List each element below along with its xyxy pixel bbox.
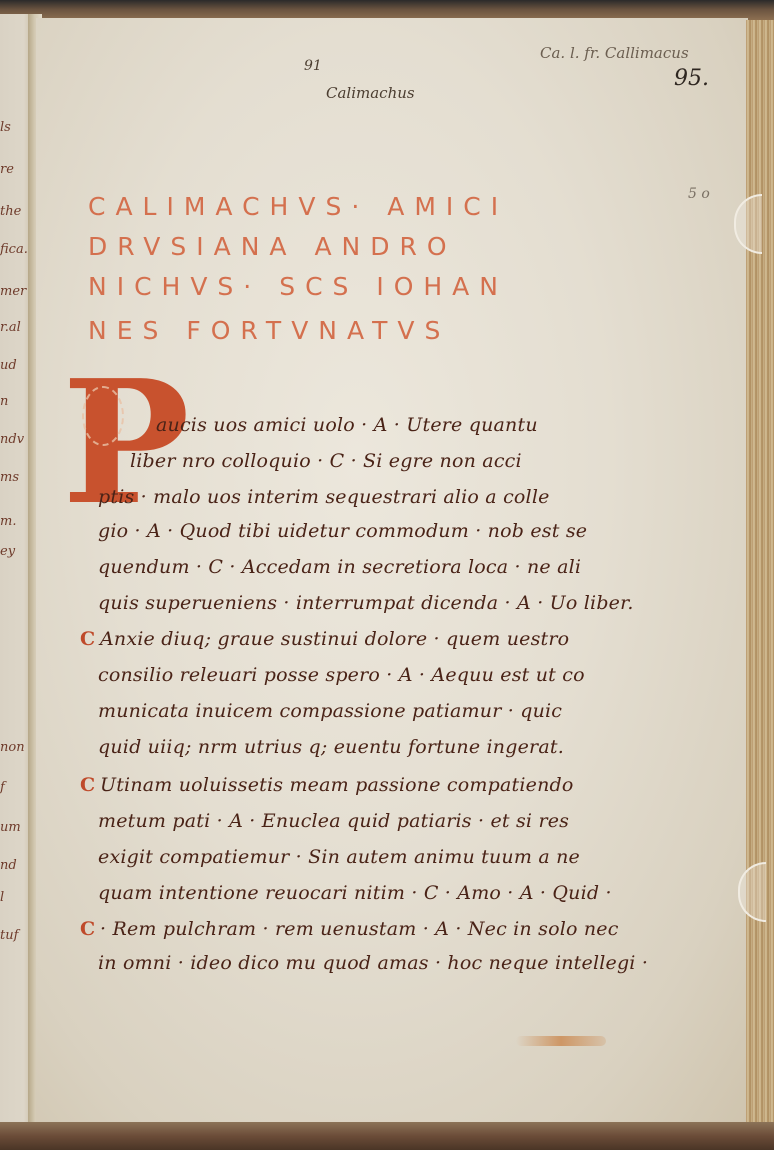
- facing-fragment: ls: [0, 120, 11, 135]
- facing-fragment: m.: [0, 514, 16, 529]
- page-edge: [746, 20, 774, 1124]
- text-line: Anxie diuq; graue sustinui dolore · quem…: [100, 628, 569, 650]
- rubric-line: NICHVS· SCS IOHAN: [88, 272, 508, 301]
- facing-fragment: l: [0, 890, 4, 905]
- text-line: exigit compatiemur · Sin autem animu tuu…: [98, 846, 580, 868]
- facing-fragment: mer: [0, 284, 26, 299]
- text-line: · Rem pulchram · rem uenustam · A · Nec …: [100, 918, 619, 940]
- speaker-marker: C: [80, 918, 95, 940]
- margin-mark: 5 o: [688, 186, 710, 202]
- facing-fragment: nd: [0, 858, 17, 873]
- stain-mark: [516, 1036, 606, 1046]
- facing-fragment: the: [0, 204, 21, 219]
- text-line: metum pati · A · Enuclea quid patiaris ·…: [98, 810, 569, 832]
- facing-fragment: n: [0, 394, 8, 409]
- text-line: quid uiiq; nrm utrius q; euentu fortune …: [98, 736, 564, 758]
- facing-fragment: f: [0, 780, 5, 795]
- speaker-marker: C: [80, 774, 95, 796]
- facing-fragment: um: [0, 820, 21, 835]
- text-line: municata inuicem compassione patiamur · …: [98, 700, 562, 722]
- speaker-marker: C: [80, 628, 95, 650]
- facing-fragment: ms: [0, 470, 19, 485]
- facing-fragment: non: [0, 740, 25, 755]
- text-line: aucis uos amici uolo · A · Utere quantu: [156, 414, 538, 436]
- text-line: quendum · C · Accedam in secretiora loca…: [98, 556, 581, 578]
- facing-fragment: fica.: [0, 242, 28, 257]
- binding-bottom: [0, 1122, 774, 1150]
- facing-fragment: re: [0, 162, 14, 177]
- facing-fragment: ndv: [0, 432, 24, 447]
- rubric-line: DRVSIANA ANDRO: [88, 232, 457, 261]
- annotation-name: Calimachus: [326, 84, 415, 102]
- text-line: consilio releuari posse spero · A · Aequ…: [98, 664, 585, 686]
- facing-fragment: r.al: [0, 320, 21, 335]
- foliate-ornament-icon: [82, 386, 124, 446]
- text-line: ptis · malo uos interim sequestrari alio…: [98, 486, 550, 508]
- facing-fragment: ud: [0, 358, 17, 373]
- text-line: quis superueniens · interrumpat dicenda …: [98, 592, 634, 614]
- folio-number: 95.: [674, 66, 709, 91]
- annotation-number: 91: [304, 58, 322, 74]
- facing-fragment: tuf: [0, 928, 18, 943]
- initial-letter: P: [62, 343, 190, 543]
- text-line: liber nro colloquio · C · Si egre non ac…: [130, 450, 522, 472]
- text-line: gio · A · Quod tibi uidetur commodum · n…: [98, 520, 587, 542]
- facing-fragment: ey: [0, 544, 15, 559]
- annotation-note: Ca. l. fr. Callimacus: [540, 44, 689, 62]
- rubric-line: NES FORTVNATVS: [88, 316, 450, 345]
- text-line: Utinam uoluissetis meam passione compati…: [100, 774, 574, 796]
- text-line: quam intentione reuocari nitim · C · Amo…: [98, 882, 612, 904]
- text-line: in omni · ideo dico mu quod amas · hoc n…: [98, 952, 648, 974]
- rubric-line: CALIMACHVS· AMICI: [88, 192, 508, 221]
